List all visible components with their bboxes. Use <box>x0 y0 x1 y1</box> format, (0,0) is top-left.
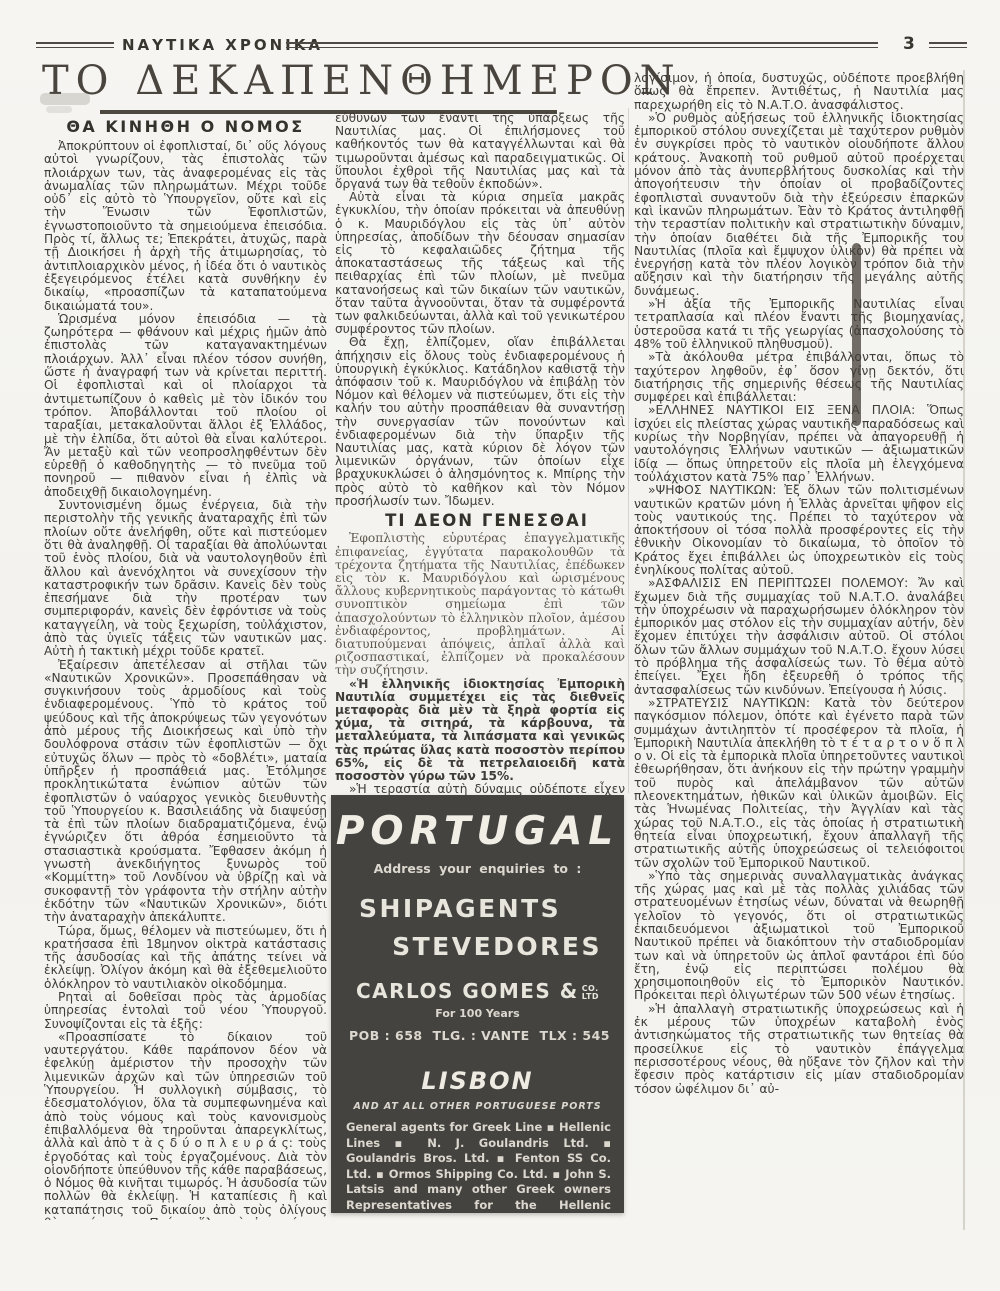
paragraph: »Ὁ ρυθμὸς αὐξήσεως τοῦ ἑλληνικῆς ἰδιοκτη… <box>634 112 964 298</box>
paragraph: λογίσιμον, ἡ ὁποία, δυστυχῶς, οὐδέποτε π… <box>634 72 964 112</box>
advert-agents-text: General agents for Greek Line ▪ Hellenic… <box>346 1120 611 1213</box>
editor-note-paragraph: Ἐφοπλιστὴς εὐρυτέρας ἐπαγγελματικῆς ἐπιφ… <box>335 532 625 677</box>
column-1: Ἀποκρύπτουν οἱ ἐφοπλισταί, δι᾽ οὕς λόγου… <box>44 140 327 1220</box>
paragraph: »ΣΤΡΑΤΕΥΣΙΣ ΝΑΥΤΙΚΩΝ: Κατὰ τὸν δεύτερον … <box>634 697 964 870</box>
paragraph: «Προασπίσατε τὸ δίκαιον τοῦ ναυτεργάτου.… <box>44 1031 327 1220</box>
magazine-page: ΝΑΥΤΙΚΑ ΧΡΟΝΙΚΑ 3 ΤΟ ΔΕΚΑΠΕΝΘΗΜΕΡΟΝ ΘΑ Κ… <box>0 0 1000 1291</box>
advert-city: LISBON <box>331 1067 624 1095</box>
advert-shipagents-label: SHIPAGENTS <box>359 894 561 923</box>
paragraph: Ρηταὶ αἱ δοθεῖσαι πρὸς τὰς ἁρμοδίας ὑπηρ… <box>44 991 327 1031</box>
paragraph: Ὡρισμένα μόνον ἐπεισόδια — τὰ ζωηρότερα … <box>44 313 327 499</box>
column-divider <box>628 108 629 793</box>
advert-address-line: Address your enquiries to : <box>331 861 624 876</box>
paragraph: Ἐξαίρεσιν ἀπετέλεσαν αἱ στῆλαι τῶν «Ναυτ… <box>44 659 327 925</box>
paragraph: Συντονισμένη ὅμως ἐνέργεια, διὰ τὴν περι… <box>44 499 327 659</box>
advert-tlg: TLG. : VANTE <box>432 1028 529 1043</box>
company-name-text: CARLOS GOMES & <box>356 979 579 1003</box>
paragraph: »ΕΛΛΗΝΕΣ ΝΑΥΤΙΚΟΙ ΕΙΣ ΞΕΝΑ ΠΛΟΙΑ: Ὅπως ἰ… <box>634 404 964 484</box>
advert-tlx: TLX : 545 <box>540 1028 610 1043</box>
paragraph: »ΨΗΦΟΣ ΝΑΥΤΙΚΩΝ: Ἐξ ὅλων τῶν πολιτισμένω… <box>634 484 964 577</box>
masthead-rule-center <box>286 42 878 48</box>
company-ltd: LTD <box>582 992 599 1001</box>
advert-tagline: For 100 Years <box>331 1007 624 1020</box>
company-suffix: CO.LTD <box>582 985 599 1001</box>
masthead-rule-left <box>36 42 114 48</box>
paragraph: «Ἡ ἑλληνικῆς ἰδιοκτησίας Ἐμπορικὴ Ναυτιλ… <box>335 678 625 784</box>
advert-pob: POB : 658 <box>349 1028 423 1043</box>
paragraph: εὐθυνῶν των ἔναντι τῆς ὑπάρξεως τῆς Ναυτ… <box>335 112 625 191</box>
column-2: εὐθυνῶν των ἔναντι τῆς ὑπάρξεως τῆς Ναυτ… <box>335 112 625 795</box>
article-heading-law: ΘΑ ΚΙΝΗΘΗ Ο ΝΟΜΟΣ <box>44 117 327 136</box>
paragraph: »Ἡ ἀξία τῆς Ἐμπορικῆς Ναυτιλίας εἶναι τε… <box>634 298 964 351</box>
paragraph: »Ὑπὸ τὰς σημερινὰς συναλλαγματικὰς ἀνάγκ… <box>634 870 964 1003</box>
paragraph: Τώρα, ὅμως, θέλομεν νὰ πιστεύωμεν, ὅτι ἡ… <box>44 925 327 991</box>
paragraph: Θὰ ἔχῃ, ἐλπίζομεν, οἵαν ἐπιβάλλεται ἀπήχ… <box>335 336 625 508</box>
paragraph: »ΑΣΦΑΛΙΣΙΣ ΕΝ ΠΕΡΙΠΤΩΣΕΙ ΠΟΛΕΜΟΥ: Ἄν καὶ… <box>634 577 964 697</box>
paragraph: »Ἡ τεραστία αὐτὴ δύναμις οὐδέποτε εἶχεν … <box>335 783 625 795</box>
paragraph: »Τὰ ἀκόλουθα μέτρα ἐπιβάλλονται, ὅπως τὸ… <box>634 351 964 404</box>
scan-smudge <box>40 93 90 105</box>
paragraph: Αὐτὰ εἶναι τὰ κύρια σημεῖα μακρᾶς ἐγκυκλ… <box>335 191 625 336</box>
scan-smudge <box>46 106 72 113</box>
portugal-advert: PORTUGAL Address your enquiries to : SHI… <box>331 795 624 1213</box>
advert-headline: PORTUGAL <box>331 809 624 854</box>
masthead-rule-right <box>929 42 967 48</box>
article-heading-what-must-be-done: ΤΙ ΔΕΟΝ ΓΕΝΕΣΘΑΙ <box>335 514 625 527</box>
advert-company-name: CARLOS GOMES &CO.LTD <box>331 979 624 1003</box>
page-number: 3 <box>903 34 915 54</box>
advert-ports-line: AND AT ALL OTHER PORTUGUESE PORTS <box>331 1101 624 1112</box>
advert-stevedores-label: STEVEDORES <box>392 932 602 961</box>
paragraph: »Ἡ ἀπαλλαγὴ στρατιωτικῆς ὑποχρεώσεως καὶ… <box>634 1003 964 1096</box>
page-title: ΤΟ ΔΕΚΑΠΕΝΘΗΜΕΡΟΝ <box>42 58 627 104</box>
column-3: λογίσιμον, ἡ ὁποία, δυστυχῶς, οὐδέποτε π… <box>634 72 964 1202</box>
advert-contacts-row: POB : 658 TLG. : VANTE TLX : 545 <box>349 1028 610 1043</box>
paragraph: Ἀποκρύπτουν οἱ ἐφοπλισταί, δι᾽ οὕς λόγου… <box>44 140 327 313</box>
